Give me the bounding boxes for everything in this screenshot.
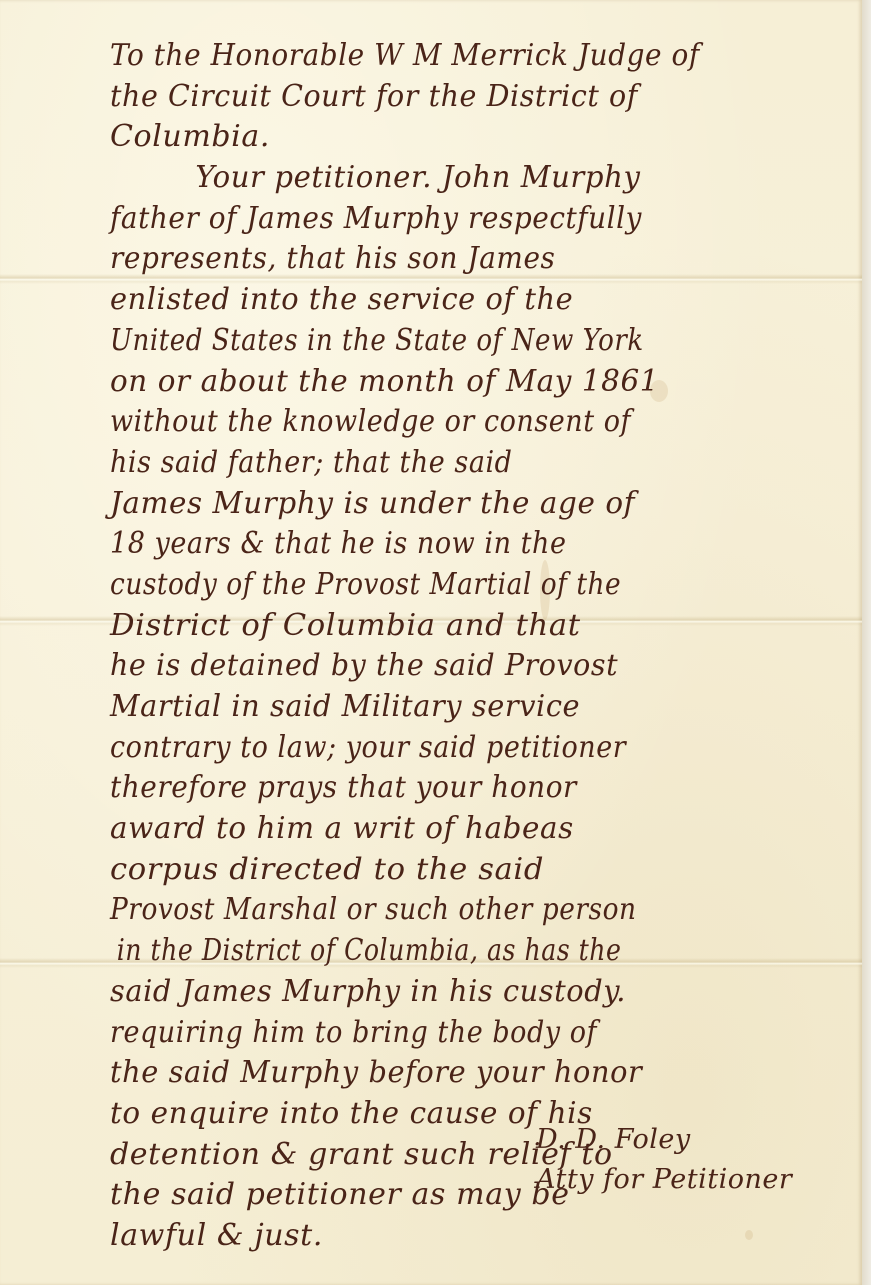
body-line: therefore prays that your honor xyxy=(110,768,808,809)
body-line: Your petitioner. John Murphy xyxy=(110,158,838,199)
body-line: the said Murphy before your honor xyxy=(110,1053,830,1094)
signature-block: D. D. Foley Atty for Petitioner xyxy=(536,1120,792,1200)
body-line: Martial in said Military service xyxy=(110,687,830,728)
body-line: District of Columbia and that xyxy=(110,606,871,647)
salutation-line: To the Honorable W M Merrick Judge of xyxy=(110,36,808,77)
body-line: 18 years & that he is now in the xyxy=(110,524,785,565)
body-line: in the District of Columbia, as has the xyxy=(110,931,740,972)
petition-text: To the Honorable W M Merrick Judge of th… xyxy=(110,36,860,1257)
body-line: award to him a writ of habeas xyxy=(110,809,845,850)
body-line: represents, that his son James xyxy=(110,239,808,280)
salutation-line: Columbia. xyxy=(110,117,860,158)
body-line: on or about the month of May 1861 xyxy=(110,362,845,403)
body-line: contrary to law; your said petitioner xyxy=(110,728,785,769)
body-line: custody of the Provost Martial of the xyxy=(110,565,770,606)
body-line: corpus directed to the said xyxy=(110,850,871,891)
salutation-line: the Circuit Court for the District of xyxy=(110,77,823,118)
body-line: lawful & just. xyxy=(110,1216,860,1257)
body-line: without the knowledge or consent of xyxy=(110,402,785,443)
body-line: said James Murphy in his custody. xyxy=(110,972,830,1013)
body-line: Provost Marshal or such other person xyxy=(110,890,770,931)
body-line: father of James Murphy respectfully xyxy=(110,199,808,240)
body-line: United States in the State of New York xyxy=(110,321,763,362)
body-line: requiring him to bring the body of xyxy=(110,1013,785,1054)
signature-name: D. D. Foley xyxy=(536,1120,792,1160)
body-line: his said father; that the said xyxy=(110,443,785,484)
scan-edge-strip xyxy=(862,0,871,1285)
document-page: To the Honorable W M Merrick Judge of th… xyxy=(0,0,862,1285)
signature-title: Atty for Petitioner xyxy=(536,1160,792,1200)
body-line: he is detained by the said Provost xyxy=(110,646,823,687)
body-line: James Murphy is under the age of xyxy=(110,484,845,525)
body-line: enlisted into the service of the xyxy=(110,280,830,321)
